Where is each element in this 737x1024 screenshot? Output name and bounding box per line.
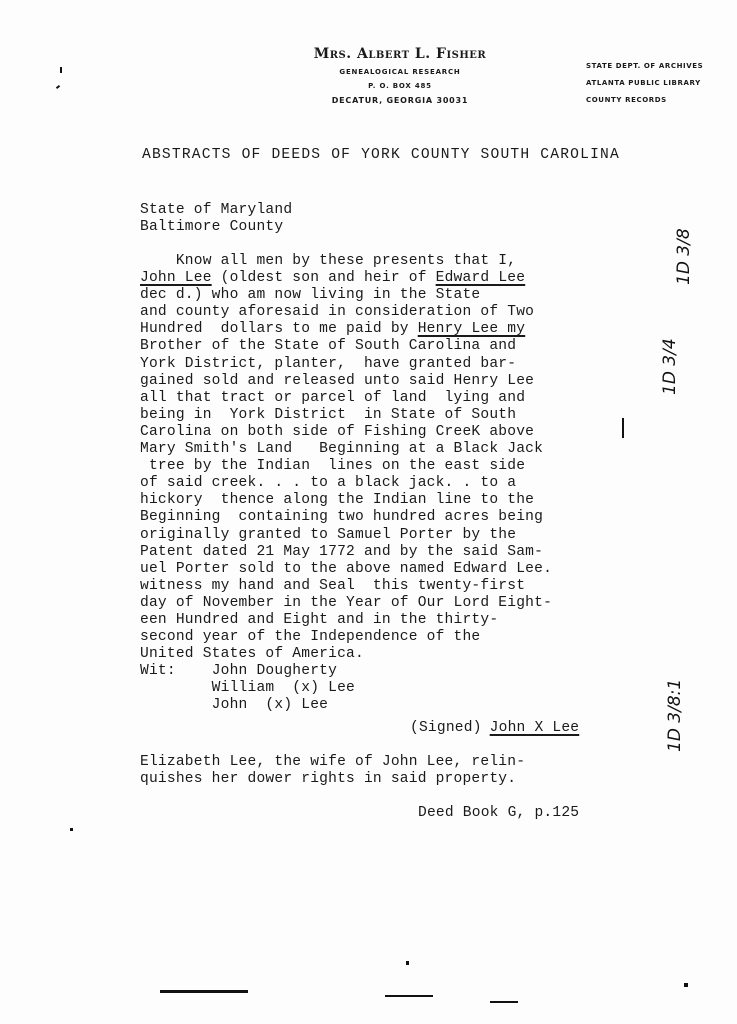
- father-name: Edward Lee: [436, 270, 526, 286]
- body-line: John Lee (oldest son and heir of Edward …: [140, 270, 552, 287]
- body-line: Mary Smith's Land Beginning at a Black J…: [140, 441, 552, 458]
- body-line: een Hundred and Eight and in the thirty-: [140, 612, 552, 629]
- body-line: Beginning containing two hundred acres b…: [140, 509, 552, 526]
- body-line: and county aforesaid in consideration of…: [140, 304, 552, 321]
- margin-mark: [622, 418, 624, 438]
- dower-line: quishes her dower rights in said propert…: [140, 771, 525, 788]
- stamp-line: STATE DEPT. OF ARCHIVES: [586, 58, 703, 75]
- archive-stamp: STATE DEPT. OF ARCHIVES ATLANTA PUBLIC L…: [586, 58, 703, 109]
- body-line: gained sold and released unto said Henry…: [140, 373, 552, 390]
- county-line: Baltimore County: [140, 219, 292, 236]
- witness-name: William (x) Lee: [212, 680, 355, 696]
- letterhead-name: Mrs. Albert L. Fisher: [270, 46, 530, 62]
- body-line: witness my hand and Seal this twenty-fir…: [140, 578, 552, 595]
- scan-artifact: [56, 85, 60, 89]
- body-line: United States of America.: [140, 646, 552, 663]
- state-line: State of Maryland: [140, 202, 292, 219]
- body-line: Brother of the State of South Carolina a…: [140, 338, 552, 355]
- document-page: Mrs. Albert L. Fisher GENEALOGICAL RESEA…: [0, 0, 737, 1024]
- deed-reference: Deed Book G, p.125: [418, 805, 579, 822]
- signature-name: John X Lee: [490, 720, 580, 736]
- witness-line: John (x) Lee: [140, 697, 552, 714]
- handwritten-note: 1D 3/4: [660, 338, 680, 395]
- letterhead-city: DECATUR, GEORGIA 30031: [270, 96, 530, 105]
- body-line: York District, planter, have granted bar…: [140, 356, 552, 373]
- body-line: Patent dated 21 May 1772 and by the said…: [140, 544, 552, 561]
- letterhead: Mrs. Albert L. Fisher GENEALOGICAL RESEA…: [270, 46, 530, 111]
- scan-artifact: [385, 995, 433, 997]
- scan-artifact: [70, 828, 73, 831]
- dower-line: Elizabeth Lee, the wife of John Lee, rel…: [140, 754, 525, 771]
- body-line: being in York District in State of South: [140, 407, 552, 424]
- witness-name: John Dougherty: [212, 663, 337, 679]
- stamp-line: COUNTY RECORDS: [586, 92, 703, 109]
- witness-line: Wit: John Dougherty: [140, 663, 552, 680]
- witness-line: William (x) Lee: [140, 680, 552, 697]
- body-line: Know all men by these presents that I,: [140, 253, 552, 270]
- letterhead-po-box: P. O. BOX 485: [270, 82, 530, 90]
- body-line: second year of the Independence of the: [140, 629, 552, 646]
- letterhead-subtitle: GENEALOGICAL RESEARCH: [270, 68, 530, 76]
- body-line: uel Porter sold to the above named Edwar…: [140, 561, 552, 578]
- dower-note: Elizabeth Lee, the wife of John Lee, rel…: [140, 754, 525, 788]
- witness-name: John (x) Lee: [212, 697, 328, 713]
- scan-artifact: [684, 983, 688, 987]
- body-line: Hundred dollars to me paid by Henry Lee …: [140, 321, 552, 338]
- handwritten-note: 1D 3/8:1: [665, 679, 685, 752]
- deed-body: Know all men by these presents that I,Jo…: [140, 253, 552, 715]
- stamp-line: ATLANTA PUBLIC LIBRARY: [586, 75, 703, 92]
- grantor-name: John Lee: [140, 270, 212, 286]
- handwritten-note: 1D 3/8: [674, 228, 694, 285]
- scan-artifact: [406, 961, 409, 965]
- document-title: ABSTRACTS OF DEEDS OF YORK COUNTY SOUTH …: [142, 147, 620, 164]
- scan-artifact: [490, 1001, 518, 1003]
- body-line: tree by the Indian lines on the east sid…: [140, 458, 552, 475]
- grantee-name: Henry Lee my: [418, 321, 526, 337]
- body-line: day of November in the Year of Our Lord …: [140, 595, 552, 612]
- witness-label: Wit:: [140, 663, 176, 679]
- body-line: Carolina on both side of Fishing CreeK a…: [140, 424, 552, 441]
- scan-artifact: [60, 67, 62, 73]
- scan-artifact: [160, 990, 248, 993]
- body-line: originally granted to Samuel Porter by t…: [140, 527, 552, 544]
- body-line: all that tract or parcel of land lying a…: [140, 390, 552, 407]
- body-line: hickory thence along the Indian line to …: [140, 492, 552, 509]
- signed-label: (Signed): [410, 720, 482, 736]
- jurisdiction: State of MarylandBaltimore County: [140, 202, 292, 236]
- body-line: of said creek. . . to a black jack. . to…: [140, 475, 552, 492]
- signature-block: (Signed)John X Lee: [410, 720, 579, 737]
- body-line: dec d.) who am now living in the State: [140, 287, 552, 304]
